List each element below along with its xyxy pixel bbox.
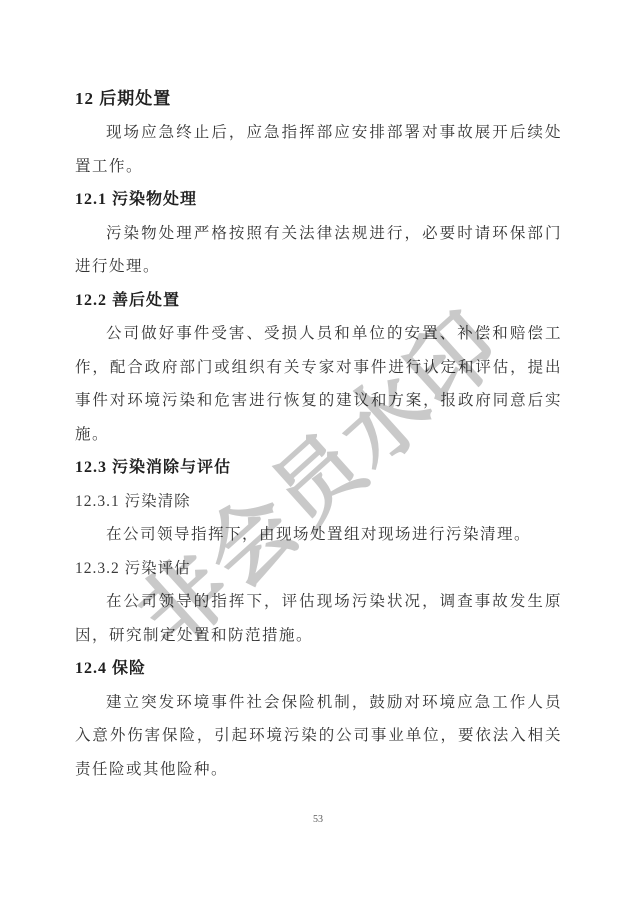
paragraph-pollution-removal: 在公司领导指挥下，由现场处置组对现场进行污染清理。 bbox=[75, 518, 562, 552]
subsection-heading-12-3-1: 12.3.1 污染清除 bbox=[75, 485, 562, 519]
section-heading-12-3: 12.3 污染消除与评估 bbox=[75, 451, 562, 485]
section-heading-12: 12 后期处置 bbox=[75, 82, 562, 116]
paragraph-aftermath-disposal: 公司做好事件受害、受损人员和单位的安置、补偿和赔偿工作，配合政府部门或组织有关专… bbox=[75, 317, 562, 451]
paragraph-insurance: 建立突发环境事件社会保险机制，鼓励对环境应急工作人员入意外伤害保险，引起环境污染… bbox=[75, 686, 562, 787]
paragraph-post-disposal-intro: 现场应急终止后，应急指挥部应安排部署对事故展开后续处置工作。 bbox=[75, 116, 562, 183]
section-heading-12-4: 12.4 保险 bbox=[75, 652, 562, 686]
subsection-heading-12-3-2: 12.3.2 污染评估 bbox=[75, 552, 562, 586]
document-page: 非会员水印 12 后期处置 现场应急终止后，应急指挥部应安排部署对事故展开后续处… bbox=[0, 0, 636, 900]
section-heading-12-2: 12.2 善后处置 bbox=[75, 284, 562, 318]
paragraph-pollutant-treatment: 污染物处理严格按照有关法律法规进行，必要时请环保部门进行处理。 bbox=[75, 217, 562, 284]
section-heading-12-1: 12.1 污染物处理 bbox=[75, 183, 562, 217]
page-number: 53 bbox=[0, 814, 636, 825]
paragraph-pollution-assessment: 在公司领导的指挥下，评估现场污染状况，调查事故发生原因，研究制定处置和防范措施。 bbox=[75, 585, 562, 652]
document-body: 12 后期处置 现场应急终止后，应急指挥部应安排部署对事故展开后续处置工作。 1… bbox=[75, 82, 562, 786]
